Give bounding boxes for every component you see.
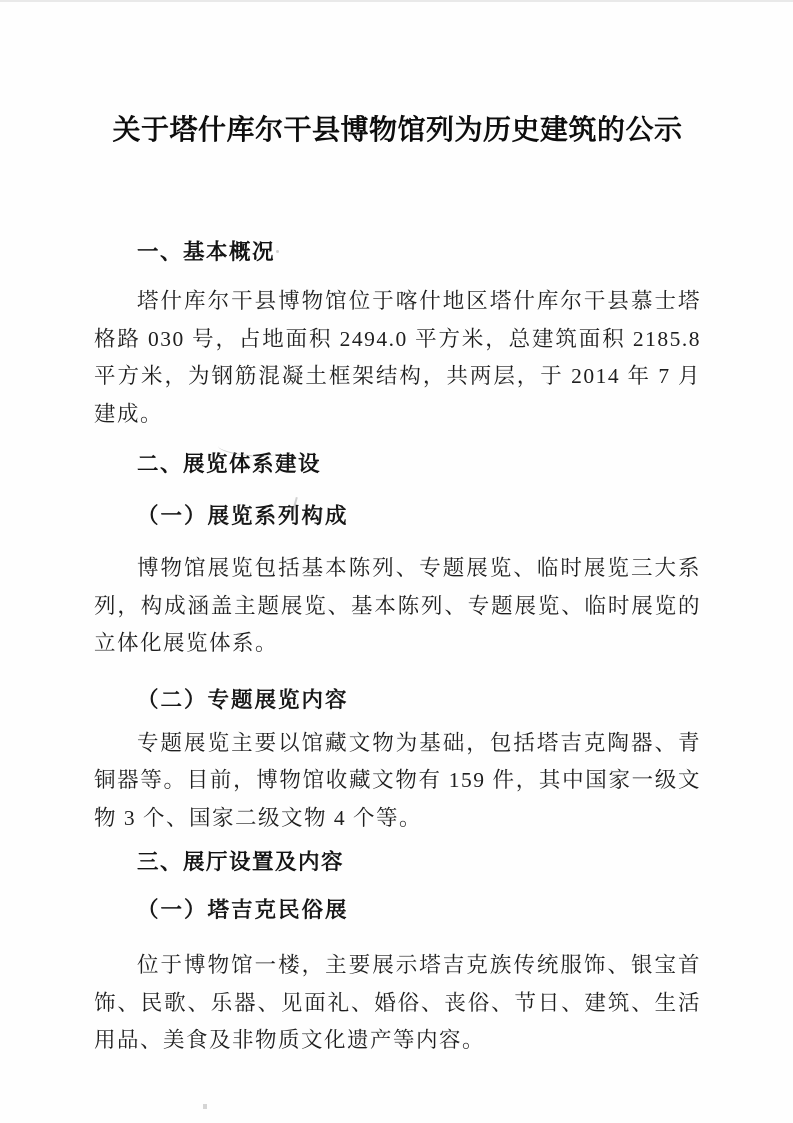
document-body: 关于塔什库尔干县博物馆列为历史建筑的公示 一、基本概况 塔什库尔干县博物馆位于喀… [0, 0, 793, 1060]
paragraph-special-exhibition: 专题展览主要以馆藏文物为基础，包括塔吉克陶器、青铜器等。目前，博物馆收藏文物有 … [94, 725, 701, 838]
subsection-heading-3-1: （一）塔吉克民俗展 [94, 895, 701, 925]
paragraph-tajik-folk-exhibition: 位于博物馆一楼，主要展示塔吉克族传统服饰、银宝首饰、民歌、乐器、见面礼、婚俗、丧… [94, 947, 701, 1060]
scanned-document-page: 关于塔什库尔干县博物馆列为历史建筑的公示 一、基本概况 塔什库尔干县博物馆位于喀… [0, 0, 793, 1123]
scan-edge-line [0, 0, 793, 2]
paragraph-basic-overview: 塔什库尔干县博物馆位于喀什地区塔什库尔干县慕士塔格路 030 号，占地面积 24… [94, 283, 701, 433]
document-title: 关于塔什库尔干县博物馆列为历史建筑的公示 [94, 108, 701, 154]
paragraph-exhibition-series: 博物馆展览包括基本陈列、专题展览、临时展览三大系列，构成涵盖主题展览、基本陈列、… [94, 550, 701, 663]
section-heading-1: 一、基本概况 [94, 237, 701, 267]
subsection-heading-2-1: （一）展览系列构成 [94, 501, 701, 531]
subsection-heading-2-2: （二）专题展览内容 [94, 685, 701, 715]
section-heading-3: 三、展厅设置及内容 [94, 847, 701, 877]
scan-artifact-speck [203, 1104, 207, 1109]
section-heading-2: 二、展览体系建设 [94, 449, 701, 479]
